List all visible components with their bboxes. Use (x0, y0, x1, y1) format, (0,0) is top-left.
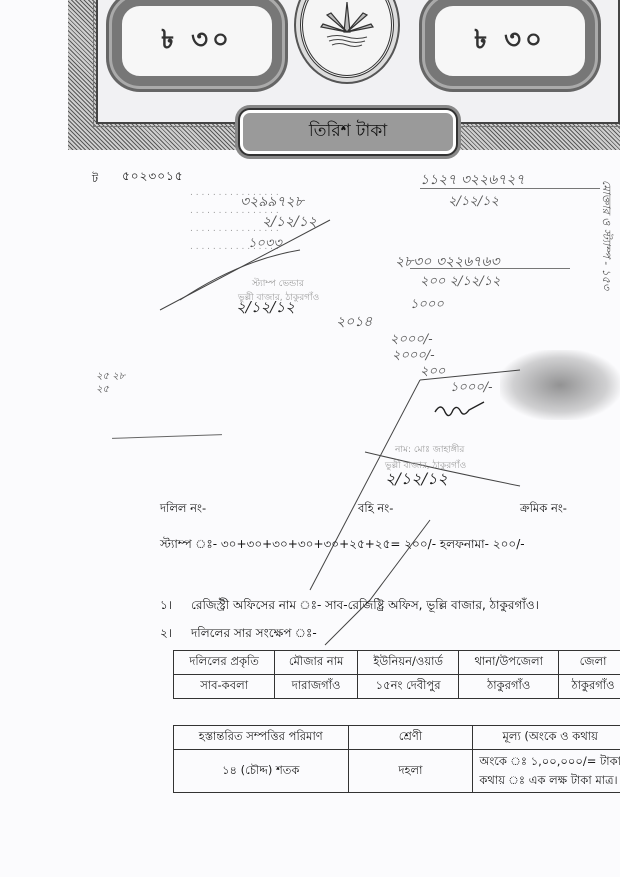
table-cell: ঠাকুরগাঁও (559, 675, 620, 699)
value-in-words: কথায় ঃ এক লক্ষ টাকা মাত্র। (479, 771, 620, 790)
seal-name: নাম: মোঃ জাহাঙ্গীর (395, 442, 464, 457)
deed-summary-table: দলিলের প্রকৃতি মৌজার নাম ইউনিয়ন/ওয়ার্ড… (173, 650, 620, 699)
table-header-cell: জেলা (559, 651, 620, 675)
property-table: হস্তান্তরিত সম্পত্তির পরিমাণ শ্রেণী মূল্… (173, 725, 620, 793)
table-header-cell: হস্তান্তরিত সম্পত্তির পরিমাণ (174, 726, 349, 750)
dolil-no-label: দলিল নং- (160, 500, 206, 519)
table-header-row: হস্তান্তরিত সম্পত্তির পরিমাণ শ্রেণী মূল্… (174, 726, 620, 750)
table-cell: ঠাকুরগাঁও (459, 675, 559, 699)
property-value-cell: অংকে ঃ ১,০০,০০০/= টাকা কথায় ঃ এক লক্ষ ট… (473, 750, 620, 793)
kromik-no-label: ক্রমিক নং- (520, 500, 567, 519)
table-cell: ১৫নং দেবীপুর (358, 675, 459, 699)
table-header-cell: মৌজার নাম (275, 651, 358, 675)
handwritten-signature-date: ২/১২/১২ (385, 466, 448, 493)
table-cell: দারাজগাঁও (275, 675, 358, 699)
table-row: ১৪ (চৌদ্দ) শতক দহলা অংকে ঃ ১,০০,০০০/= টা… (174, 750, 620, 793)
stamp-breakdown-line: স্ট্যাম্প ঃ- ৩০+৩০+৩০+৩০+৩০+২৫+২৫= ২০০/-… (160, 536, 525, 556)
deed-summary-label: দলিলের সার সংক্ষেপ ঃ- (191, 625, 317, 645)
table-header-cell: শ্রেণী (348, 726, 473, 750)
table-header-cell: ইউনিয়ন/ওয়ার্ড (358, 651, 459, 675)
property-amount-cell: ১৪ (চৌদ্দ) শতক (174, 750, 349, 793)
table-header-cell: দলিলের প্রকৃতি (174, 651, 275, 675)
registry-office-line: রেজিস্ট্রী অফিসের নাম ঃ- সাব-রেজিষ্ট্রি … (191, 597, 539, 617)
item1-number: ১। (160, 597, 172, 617)
table-row: সাব-কবলা দারাজগাঁও ১৫নং দেবীপুর ঠাকুরগাঁ… (174, 675, 620, 699)
table-header-cell: মূল্য (অংকে ও কথায় (473, 726, 620, 750)
table-header-row: দলিলের প্রকৃতি মৌজার নাম ইউনিয়ন/ওয়ার্ড… (174, 651, 620, 675)
table-cell: সাব-কবলা (174, 675, 275, 699)
table-header-cell: থানা/উপজেলা (459, 651, 559, 675)
value-in-figures: অংকে ঃ ১,০০,০০০/= টাকা (479, 752, 620, 771)
boi-no-label: বহি নং- (358, 500, 393, 519)
property-class-cell: দহলা (348, 750, 473, 793)
item2-number: ২। (160, 625, 172, 645)
